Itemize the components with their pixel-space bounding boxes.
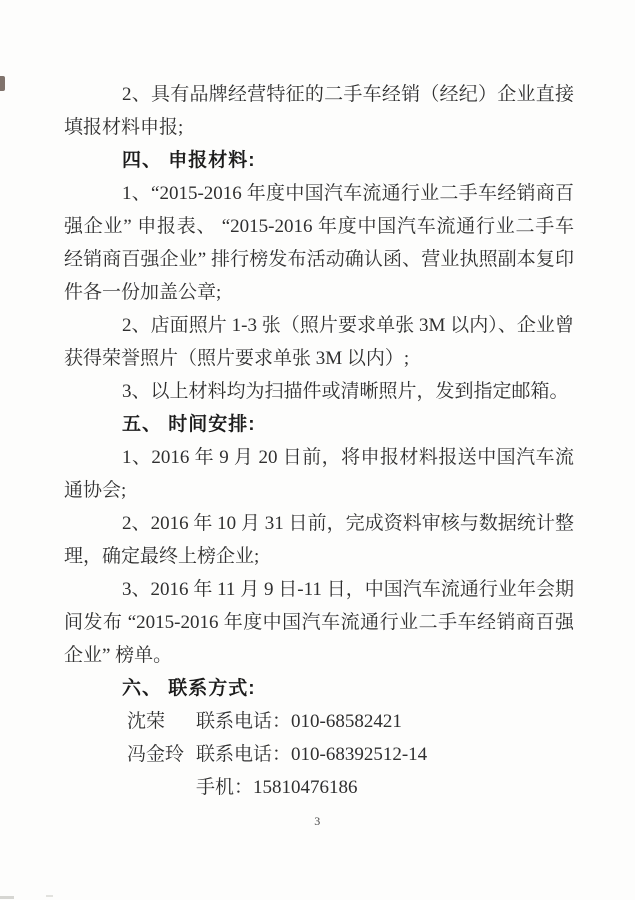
contact-name: 沈荣 (127, 705, 196, 738)
contact-row-shen-rong: 沈荣 联系电话：010-68582421 (127, 705, 574, 738)
contact-row-mobile: 手机：15810476186 (127, 771, 574, 804)
document-body: 2、具有品牌经营特征的二手车经销（经纪）企业直接填报材料申报; 四、 申报材料:… (64, 78, 574, 804)
contact-row-feng-jinling: 冯金玲 联系电话：010-68392512-14 (127, 738, 574, 771)
scan-artifact-left-edge (0, 76, 5, 91)
scan-artifact-bottom-left (0, 896, 14, 899)
paragraph-materials-item-2: 2、店面照片 1-3 张（照片要求单张 3M 以内）、企业曾获得荣誉照片（照片要… (64, 309, 574, 375)
paragraph-schedule-item-2: 2、2016 年 10 月 31 日前，完成资料审核与数据统计整理，确定最终上榜… (64, 507, 574, 573)
paragraph-schedule-item-1: 1、2016 年 9 月 20 日前，将申报材料报送中国汽车流通协会; (64, 441, 574, 507)
paragraph-materials-item-1: 1、“2015-2016 年度中国汽车流通行业二手车经销商百强企业” 申报表、 … (64, 177, 574, 309)
heading-section-5-schedule: 五、 时间安排: (64, 408, 574, 441)
heading-section-4-application-materials: 四、 申报材料: (64, 144, 574, 177)
paragraph-criteria-item-2: 2、具有品牌经营特征的二手车经销（经纪）企业直接填报材料申报; (64, 78, 574, 144)
paragraph-materials-item-3: 3、以上材料均为扫描件或清晰照片，发到指定邮箱。 (64, 375, 574, 408)
scanned-document-page: 2、具有品牌经营特征的二手车经销（经纪）企业直接填报材料申报; 四、 申报材料:… (0, 0, 635, 900)
scan-artifact-bottom-left-2 (46, 895, 53, 897)
contact-name (127, 771, 196, 804)
heading-section-6-contact-info: 六、 联系方式: (64, 672, 574, 705)
contact-name: 冯金玲 (127, 738, 196, 771)
page-number: 3 (0, 814, 635, 829)
contact-phone: 联系电话：010-68392512-14 (196, 738, 427, 771)
contact-phone: 联系电话：010-68582421 (196, 705, 402, 738)
contact-mobile: 手机：15810476186 (196, 771, 358, 804)
paragraph-schedule-item-3: 3、2016 年 11 月 9 日-11 日，中国汽车流通行业年会期间发布 “2… (64, 573, 574, 672)
